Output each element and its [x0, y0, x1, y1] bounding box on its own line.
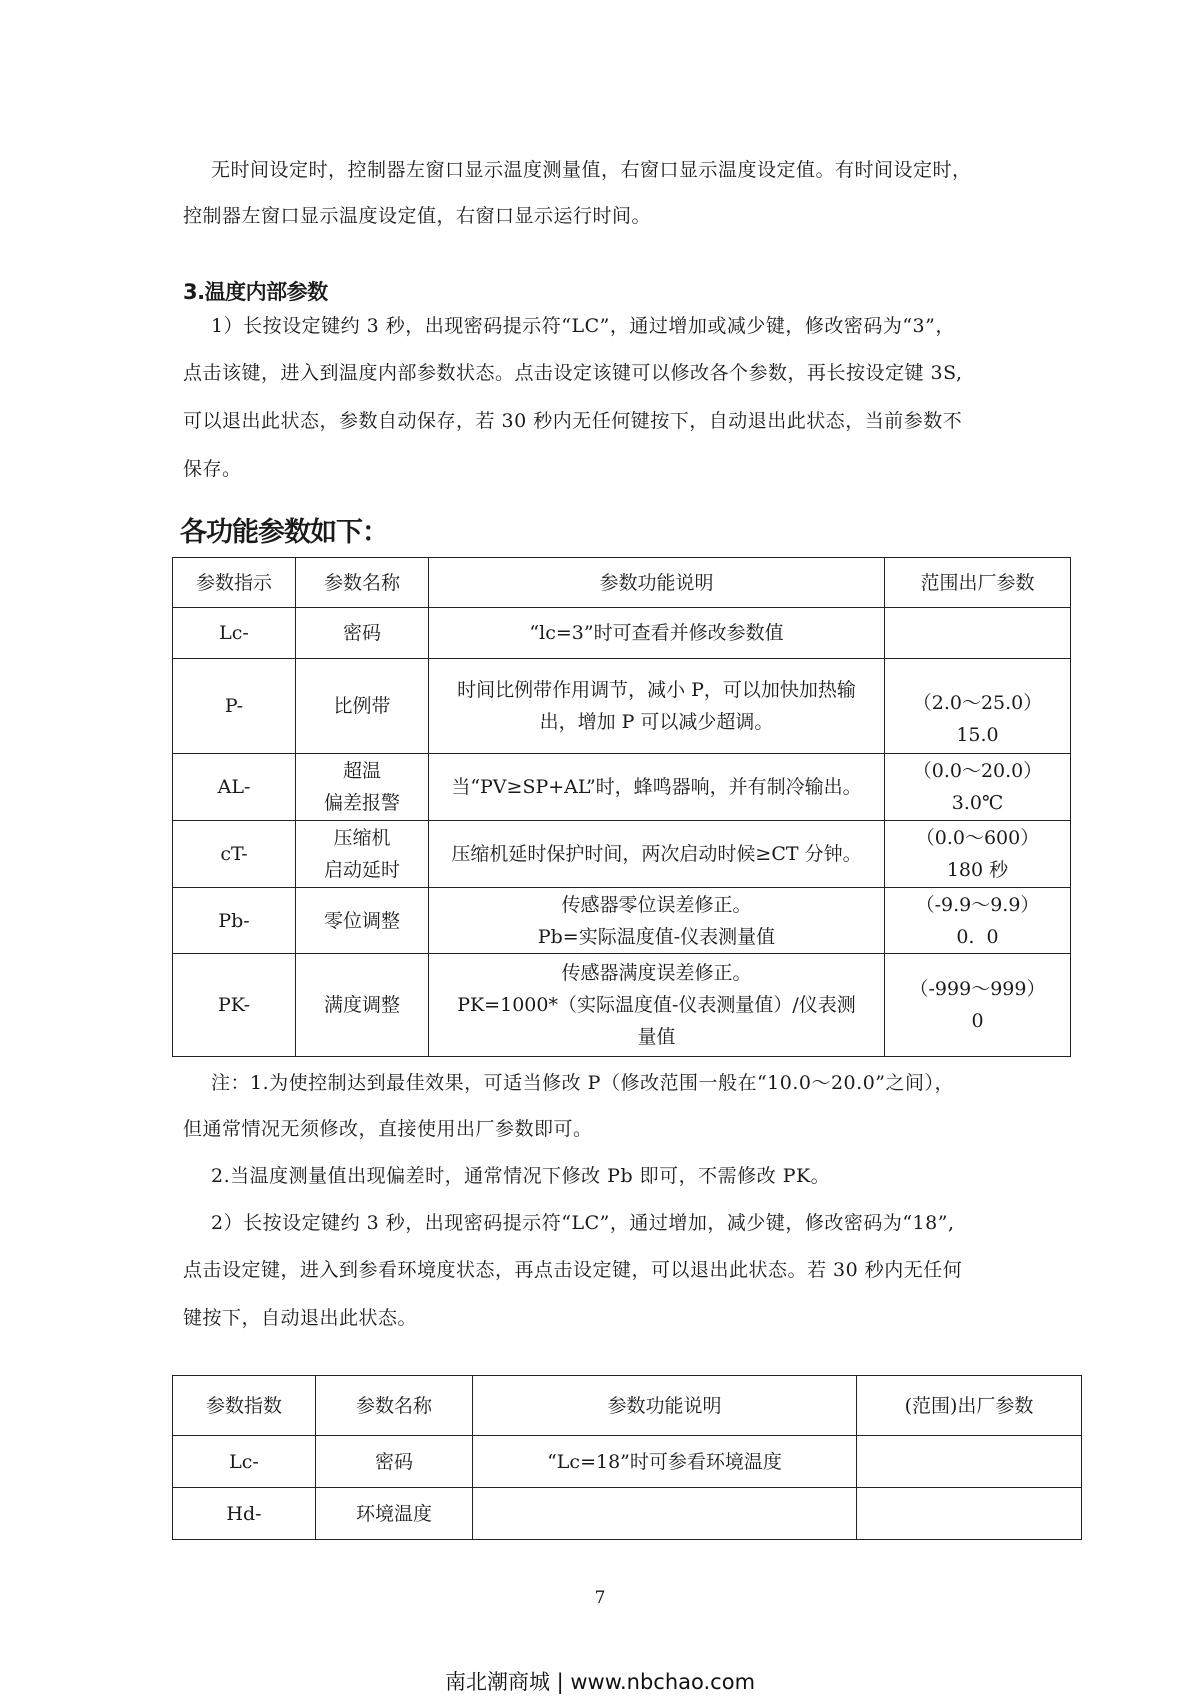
range-value: （-999～999）	[891, 973, 1064, 1005]
desc-line: Pb=实际温度值-仪表测量值	[435, 921, 878, 953]
header-cell: 参数名称	[296, 558, 429, 608]
desc-line: 出，增加 P 可以减少超调。	[435, 706, 878, 738]
param-range	[857, 1436, 1082, 1488]
range-value: （0.0～600）	[891, 822, 1064, 854]
param-code: cT-	[173, 821, 296, 888]
param-range: （0.0～20.0） 3.0℃	[885, 754, 1071, 821]
param-code: P-	[173, 659, 296, 754]
param-desc: 传感器零位误差修正。 Pb=实际温度值-仪表测量值	[429, 888, 885, 954]
param-name: 满度调整	[296, 954, 429, 1057]
param-range: （-9.9～9.9） 0. 0	[885, 888, 1071, 954]
param-range: （-999～999） 0	[885, 954, 1071, 1057]
para2-line-3: 键按下，自动退出此状态。	[183, 1306, 417, 1330]
table-row: Lc- 密码 “Lc=18”时可参看环境温度	[173, 1436, 1082, 1488]
note-1-line-1: 注：1.为使控制达到最佳效果，可适当修改 P（修改范围一般在“10.0～20.0…	[211, 1071, 954, 1095]
table-row: P- 比例带 时间比例带作用调节，减小 P，可以加快加热输 出，增加 P 可以减…	[173, 659, 1071, 754]
param-code: Hd-	[173, 1488, 316, 1540]
table-row: Hd- 环境温度	[173, 1488, 1082, 1540]
header-cell: (范围)出厂参数	[857, 1376, 1082, 1436]
param-code: PK-	[173, 954, 296, 1057]
section3-line-4: 保存。	[183, 457, 242, 481]
range-value: （-9.9～9.9）	[891, 889, 1064, 921]
default-value: 0. 0	[891, 921, 1064, 953]
table-row: cT- 压缩机 启动延时 压缩机延时保护时间，两次启动时候≥CT 分钟。 （0.…	[173, 821, 1071, 888]
environment-temperature-table: 参数指数 参数名称 参数功能说明 (范围)出厂参数 Lc- 密码 “Lc=18”…	[172, 1375, 1082, 1540]
param-range: （2.0～25.0） 15.0	[885, 659, 1071, 754]
header-cell: 参数功能说明	[473, 1376, 857, 1436]
table-row: PK- 满度调整 传感器满度误差修正。 PK=1000*（实际温度值-仪表测量值…	[173, 954, 1071, 1057]
page-number: 7	[0, 1588, 1200, 1608]
header-cell: 参数指示	[173, 558, 296, 608]
param-desc: 时间比例带作用调节，减小 P，可以加快加热输 出，增加 P 可以减少超调。	[429, 659, 885, 754]
header-cell: 参数名称	[316, 1376, 473, 1436]
para2-line-1: 2）长按设定键约 3 秒，出现密码提示符“LC”，通过增加，减少键，修改密码为“…	[211, 1211, 954, 1235]
table-row: Lc- 密码 “lc=3”时可查看并修改参数值	[173, 608, 1071, 659]
param-range	[885, 608, 1071, 659]
param-range	[857, 1488, 1082, 1540]
section3-line-2: 点击该键，进入到温度内部参数状态。点击设定该键可以修改各个参数，再长按设定键 3…	[183, 361, 963, 385]
header-cell: 范围出厂参数	[885, 558, 1071, 608]
functions-heading: 各功能参数如下：	[180, 510, 388, 549]
param-name: 密码	[296, 608, 429, 659]
header-cell: 参数功能说明	[429, 558, 885, 608]
param-name: 比例带	[296, 659, 429, 754]
default-value: 180 秒	[891, 854, 1064, 886]
name-line: 压缩机	[302, 822, 422, 854]
table-header-row: 参数指示 参数名称 参数功能说明 范围出厂参数	[173, 558, 1071, 608]
name-line: 超温	[302, 755, 422, 787]
range-value: （0.0～20.0）	[891, 755, 1064, 787]
param-desc: 传感器满度误差修正。 PK=1000*（实际温度值-仪表测量值）/仪表测 量值	[429, 954, 885, 1057]
desc-line: 时间比例带作用调节，减小 P，可以加快加热输	[435, 674, 878, 706]
desc-line: 传感器零位误差修正。	[435, 889, 878, 921]
param-name: 零位调整	[296, 888, 429, 954]
note-1-line-2: 但通常情况无须修改，直接使用出厂参数即可。	[183, 1117, 593, 1141]
section3-line-1: 1）长按设定键约 3 秒，出现密码提示符“LC”，通过增加或减少键，修改密码为“…	[211, 314, 955, 338]
default-value: 3.0℃	[891, 787, 1064, 819]
intro-line-1: 无时间设定时，控制器左窗口显示温度测量值，右窗口显示温度设定值。有时间设定时，	[211, 158, 972, 182]
param-code: AL-	[173, 754, 296, 821]
footer-watermark: 南北潮商城 | www.nbchao.com	[0, 1666, 1200, 1696]
param-name: 压缩机 启动延时	[296, 821, 429, 888]
table-row: Pb- 零位调整 传感器零位误差修正。 Pb=实际温度值-仪表测量值 （-9.9…	[173, 888, 1071, 954]
name-line: 偏差报警	[302, 787, 422, 819]
default-value: 15.0	[891, 719, 1064, 751]
param-desc: 当“PV≥SP+AL”时，蜂鸣器响，并有制冷输出。	[429, 754, 885, 821]
desc-line: PK=1000*（实际温度值-仪表测量值）/仪表测	[435, 989, 878, 1021]
default-value: 0	[891, 1005, 1064, 1037]
parameter-table: 参数指示 参数名称 参数功能说明 范围出厂参数 Lc- 密码 “lc=3”时可查…	[172, 557, 1071, 1057]
param-range: （0.0～600） 180 秒	[885, 821, 1071, 888]
note-2: 2.当温度测量值出现偏差时，通常情况下修改 Pb 即可，不需修改 PK。	[211, 1164, 830, 1188]
param-desc: “Lc=18”时可参看环境温度	[473, 1436, 857, 1488]
section-heading: 3.温度内部参数	[183, 276, 328, 306]
param-desc	[473, 1488, 857, 1540]
header-cell: 参数指数	[173, 1376, 316, 1436]
desc-line: 传感器满度误差修正。	[435, 957, 878, 989]
table-row: AL- 超温 偏差报警 当“PV≥SP+AL”时，蜂鸣器响，并有制冷输出。 （0…	[173, 754, 1071, 821]
section3-line-3: 可以退出此状态，参数自动保存，若 30 秒内无任何键按下，自动退出此状态，当前参…	[183, 409, 962, 433]
range-value: （2.0～25.0）	[891, 687, 1064, 719]
para2-line-2: 点击设定键，进入到参看环境度状态，再点击设定键，可以退出此状态。若 30 秒内无…	[183, 1258, 962, 1282]
intro-line-2: 控制器左窗口显示温度设定值，右窗口显示运行时间。	[183, 204, 651, 228]
name-line: 启动延时	[302, 854, 422, 886]
param-desc: “lc=3”时可查看并修改参数值	[429, 608, 885, 659]
param-name: 环境温度	[316, 1488, 473, 1540]
param-code: Pb-	[173, 888, 296, 954]
param-code: Lc-	[173, 1436, 316, 1488]
param-name: 密码	[316, 1436, 473, 1488]
param-name: 超温 偏差报警	[296, 754, 429, 821]
param-code: Lc-	[173, 608, 296, 659]
param-desc: 压缩机延时保护时间，两次启动时候≥CT 分钟。	[429, 821, 885, 888]
desc-line: 量值	[435, 1021, 878, 1053]
table-header-row: 参数指数 参数名称 参数功能说明 (范围)出厂参数	[173, 1376, 1082, 1436]
